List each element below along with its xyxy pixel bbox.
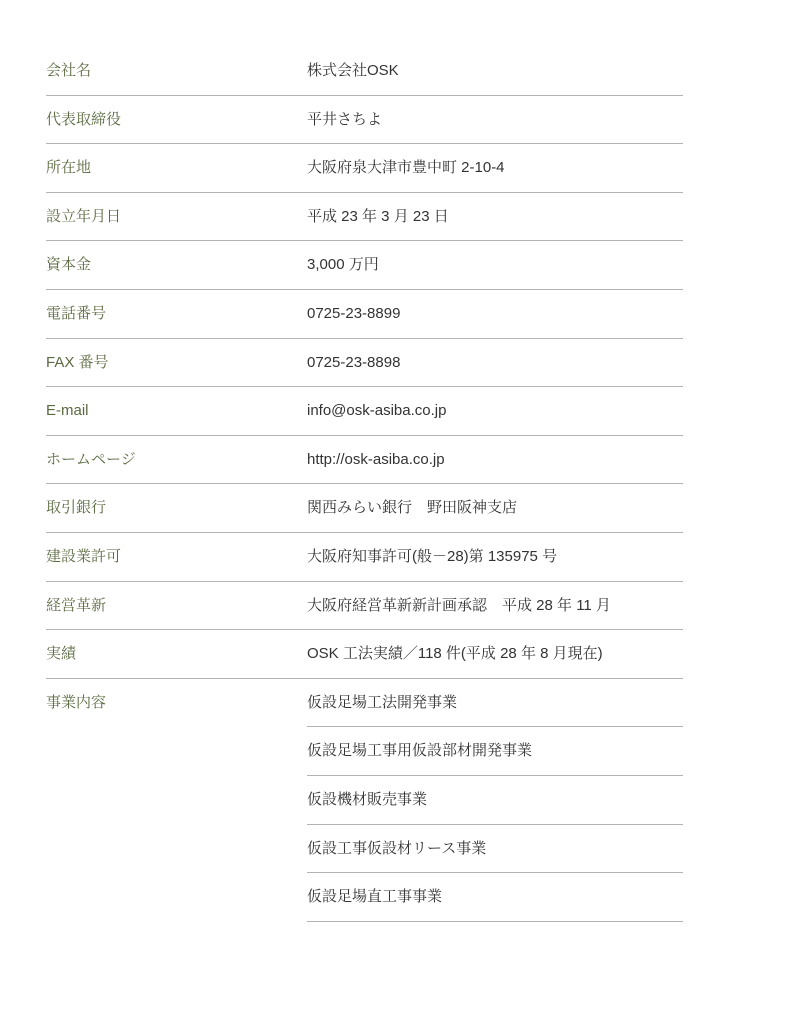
business-items-list: 仮設足場工法開発事業仮設足場工事用仮設部材開発事業仮設機材販売事業仮設工事仮設材…: [307, 679, 683, 922]
business-item: 仮設足場直工事事業: [307, 873, 683, 922]
row-value: 関西みらい銀行 野田阪神支店: [307, 498, 683, 518]
business-item: 仮設工事仮設材リース事業: [307, 825, 683, 874]
row-label: 資本金: [46, 255, 307, 275]
row-value: 大阪府知事許可(般－28)第 135975 号: [307, 547, 683, 567]
table-row: 実績OSK 工法実績／118 件(平成 28 年 8 月現在): [46, 630, 683, 679]
row-label: 所在地: [46, 158, 307, 178]
row-label: 会社名: [46, 61, 307, 81]
row-label: 取引銀行: [46, 498, 307, 518]
table-row: 取引銀行関西みらい銀行 野田阪神支店: [46, 484, 683, 533]
row-value: 平井さちよ: [307, 110, 683, 130]
company-info-table: 会社名株式会社OSK代表取締役平井さちよ所在地大阪府泉大津市豊中町 2-10-4…: [46, 47, 683, 922]
row-label-business: 事業内容: [46, 679, 307, 728]
business-item: 仮設機材販売事業: [307, 776, 683, 825]
row-value: 平成 23 年 3 月 23 日: [307, 207, 683, 227]
table-row-business: 事業内容 仮設足場工法開発事業仮設足場工事用仮設部材開発事業仮設機材販売事業仮設…: [46, 679, 683, 922]
row-label: 建設業許可: [46, 547, 307, 567]
row-value: info@osk-asiba.co.jp: [307, 401, 683, 421]
table-row: 会社名株式会社OSK: [46, 47, 683, 96]
table-row: ホームページhttp://osk-asiba.co.jp: [46, 436, 683, 485]
row-value: http://osk-asiba.co.jp: [307, 450, 683, 470]
company-info-rows: 会社名株式会社OSK代表取締役平井さちよ所在地大阪府泉大津市豊中町 2-10-4…: [46, 47, 683, 679]
row-value: 大阪府泉大津市豊中町 2-10-4: [307, 158, 683, 178]
table-row: 経営革新大阪府経営革新新計画承認 平成 28 年 11 月: [46, 582, 683, 631]
row-value: 0725-23-8898: [307, 353, 683, 373]
table-row: 電話番号0725-23-8899: [46, 290, 683, 339]
row-label: 電話番号: [46, 304, 307, 324]
table-row: E-mailinfo@osk-asiba.co.jp: [46, 387, 683, 436]
table-row: 設立年月日平成 23 年 3 月 23 日: [46, 193, 683, 242]
row-label: 設立年月日: [46, 207, 307, 227]
row-value: OSK 工法実績／118 件(平成 28 年 8 月現在): [307, 644, 683, 664]
row-value: 3,000 万円: [307, 255, 683, 275]
row-label: 代表取締役: [46, 110, 307, 130]
row-label: ホームページ: [46, 450, 307, 470]
row-label: 経営革新: [46, 596, 307, 616]
table-row: 所在地大阪府泉大津市豊中町 2-10-4: [46, 144, 683, 193]
row-value: 0725-23-8899: [307, 304, 683, 324]
row-value: 株式会社OSK: [307, 61, 683, 81]
table-row: FAX 番号0725-23-8898: [46, 339, 683, 388]
row-label: E-mail: [46, 401, 307, 421]
business-item: 仮設足場工事用仮設部材開発事業: [307, 727, 683, 776]
row-value: 大阪府経営革新新計画承認 平成 28 年 11 月: [307, 596, 683, 616]
row-label: 実績: [46, 644, 307, 664]
business-item: 仮設足場工法開発事業: [307, 679, 683, 728]
table-row: 資本金3,000 万円: [46, 241, 683, 290]
table-row: 建設業許可大阪府知事許可(般－28)第 135975 号: [46, 533, 683, 582]
row-label: FAX 番号: [46, 353, 307, 373]
table-row: 代表取締役平井さちよ: [46, 96, 683, 145]
